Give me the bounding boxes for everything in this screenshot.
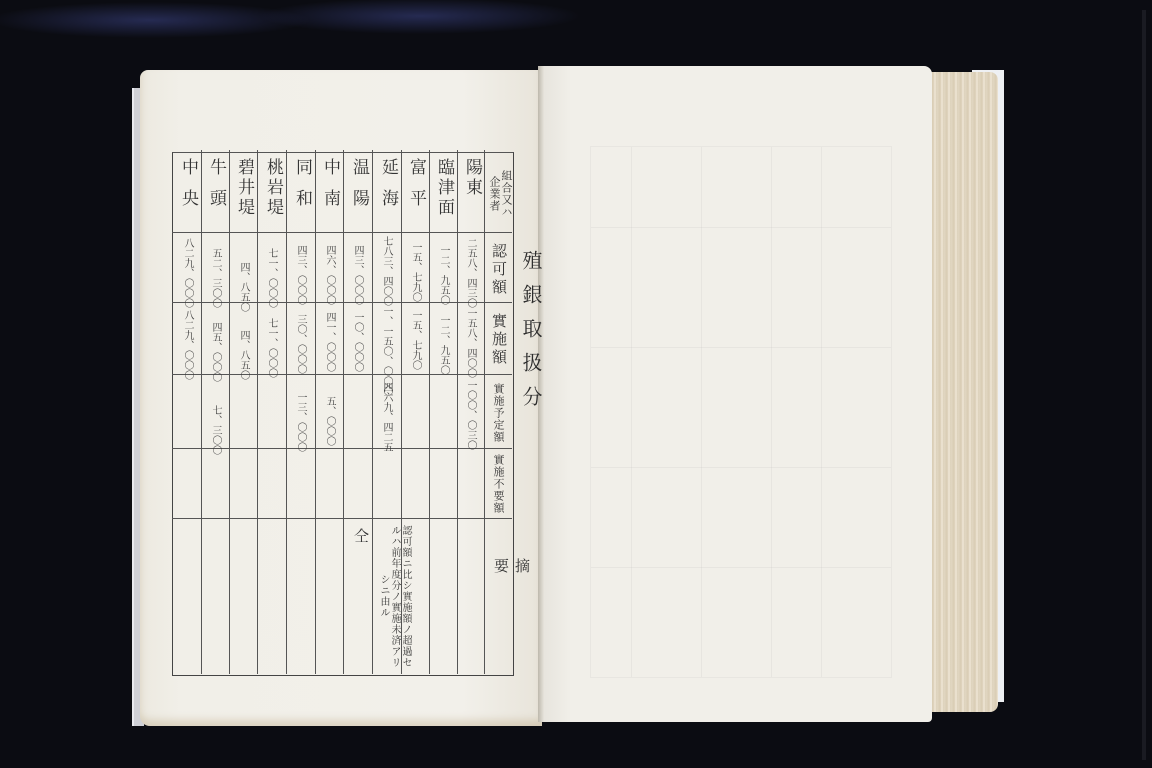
cell-approved: 八二九、〇〇〇 [182, 238, 192, 308]
rule-planned [172, 448, 512, 449]
cell-remarks: 認可額ニ比シ實施額ノ超過セルハ前年度分ノ實施未済アリシニ由ル [378, 522, 411, 670]
row-name: 中央 [176, 158, 201, 220]
cell-executed: 四一、〇〇〇 [324, 312, 334, 372]
cell-executed: 一五、七九〇 [410, 310, 420, 370]
row-name: 碧井堤 [232, 158, 257, 218]
rule-header [172, 232, 512, 233]
cell-executed: 一五八、四〇〇 [465, 308, 475, 378]
cell-approved: 七八三、四〇〇 [381, 236, 391, 306]
row-name: 温陽 [347, 158, 372, 220]
rule-approved [172, 302, 512, 303]
cell-remarks-ditto: 仝 [351, 528, 372, 543]
col-line [429, 150, 430, 674]
backdrop [0, 0, 1152, 60]
page-stack [930, 72, 998, 712]
cell-executed: 一二、九五〇 [438, 315, 448, 375]
cell-approved: 四三、〇〇〇 [352, 245, 362, 305]
header-entity-label: 組合又ハ 企業者 [488, 156, 512, 232]
cell-approved: 四、八五〇 [238, 262, 248, 312]
cell-approved: 五二、三〇〇 [210, 248, 220, 308]
header-remarks: 摘要 [491, 525, 533, 675]
col-line [229, 150, 230, 674]
right-page [540, 66, 932, 722]
cell-approved: 二五八、四三〇 [465, 238, 475, 308]
col-line [484, 150, 485, 674]
header-entity-bottom: 企業者 [488, 176, 501, 212]
header-executed: 實施額 [489, 306, 510, 374]
col-line [372, 150, 373, 674]
cell-approved: 一五、七九〇 [410, 242, 420, 302]
document-title: 殖銀取扱分 [516, 250, 546, 420]
row-name: 同和 [290, 158, 315, 220]
cell-executed: 七一、〇〇〇 [266, 318, 276, 378]
cell-approved: 四六、〇〇〇 [324, 245, 334, 305]
header-planned: 實施予定額 [492, 378, 504, 448]
row-name: 桃岩堤 [261, 158, 286, 218]
row-name: 牛頭 [204, 158, 229, 220]
cell-executed: 八二九、〇〇〇 [182, 310, 192, 380]
col-line [457, 150, 458, 674]
cell-executed: 一〇、〇〇〇 [352, 312, 362, 372]
cell-planned: 五、〇〇〇 [324, 396, 334, 446]
row-name: 延海 [376, 158, 401, 220]
cell-planned: 七、三〇〇 [210, 405, 220, 455]
rule-unneeded [172, 518, 512, 519]
col-line [315, 150, 316, 674]
cell-planned: 一〇〇、〇三〇 [465, 380, 475, 450]
col-line [257, 150, 258, 674]
header-entity-top: 組合又ハ [500, 170, 513, 218]
row-name: 中南 [318, 158, 343, 220]
cell-executed: 四五、〇〇〇 [210, 322, 220, 382]
col-line [343, 150, 344, 674]
cell-approved: 四三、〇〇〇 [295, 245, 305, 305]
frame-edge [1142, 10, 1146, 760]
cell-approved: 一二、九五〇 [438, 245, 448, 305]
col-line [201, 150, 202, 674]
col-line [286, 150, 287, 674]
cell-planned: 四六九、四二五 [381, 382, 391, 452]
rule-executed [172, 374, 512, 375]
row-name: 陽東 [460, 158, 485, 198]
cell-executed: 四、八五〇 [238, 330, 248, 380]
header-approved: 認可額 [489, 238, 510, 302]
bleed-through-table [590, 146, 892, 678]
cell-approved: 七一、〇〇〇 [266, 248, 276, 308]
cell-executed: 三〇、〇〇〇 [295, 314, 305, 374]
row-name: 富平 [404, 158, 429, 220]
header-unneeded: 實施不要額 [492, 450, 504, 518]
row-name: 臨津面 [432, 158, 457, 218]
cell-planned: 一三、〇〇〇 [295, 392, 305, 452]
